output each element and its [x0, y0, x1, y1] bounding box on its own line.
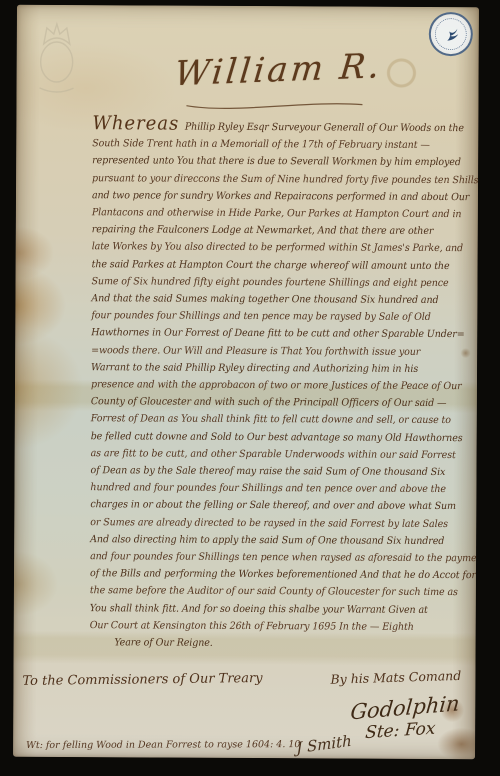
manuscript-line: You shall think fitt. And for so doeing …	[90, 600, 470, 619]
command-line: By his Mats Comand	[330, 668, 461, 687]
embossed-crest-icon	[29, 14, 84, 99]
manuscript-line: Plantacons and otherwise in Hide Parke, …	[92, 204, 472, 223]
opening-word: Whereas	[92, 117, 179, 130]
manuscript-line: South Side Trent hath in a Memoriall of …	[92, 135, 472, 154]
manuscript-line: Forrest of Dean as You shall think fitt …	[91, 411, 471, 430]
manuscript-line: And also directing him to apply the said…	[90, 531, 470, 550]
manuscript-line: Our Court at Kensington this 26th of Feb…	[90, 617, 470, 636]
treasury-address-line: To the Commissioners of Our Treary	[22, 671, 262, 689]
manuscript-line: the said Parkes at Hampton Court the cha…	[92, 256, 472, 275]
manuscript-line: Sume of Six hundred fifty eight poundes …	[91, 273, 471, 292]
signature-flourish-icon	[184, 98, 364, 113]
manuscript-line: of the Bills and performing the Workes b…	[90, 565, 470, 584]
manuscript-line: Hawthornes in Our Forrest of Deane fitt …	[91, 325, 471, 344]
manuscript-line: pursuant to your direccons the Sum of Ni…	[92, 170, 472, 189]
manuscript-line: of Dean as by the Sale thereof may raise…	[90, 462, 470, 481]
manuscript-line: hundred and four poundes four Shillings …	[90, 479, 470, 498]
manuscript-line-text: Phillip Ryley Esqr Surveyour Generall of…	[185, 122, 464, 134]
manuscript-line: =woods there. Our Will and Pleasure is T…	[91, 342, 471, 361]
manuscript-line: repairing the Faulconers Lodge at Newmar…	[92, 221, 472, 240]
manuscript-line: and two pence for sundry Workes and Repa…	[92, 187, 472, 206]
manuscript-line: County of Gloucester and with such of th…	[91, 393, 471, 412]
manuscript-line: Warrant to the said Phillip Ryley direct…	[91, 359, 471, 378]
manuscript-line: the same before the Auditor of our said …	[90, 583, 470, 602]
manuscript-line: And that the said Sumes making together …	[91, 290, 471, 309]
manuscript-line: or Sumes are already directed to be rays…	[90, 514, 470, 533]
manuscript-line: be felled cutt downe and Sold to Our bes…	[91, 428, 471, 447]
manuscript-line: late Workes by You also directed to be p…	[92, 239, 472, 258]
manuscript-line: and four poundes four Shillings ten penc…	[90, 548, 470, 567]
manuscript-line: as are fitt to be cutt, and other Sparab…	[91, 445, 471, 464]
signature-smith: J Smith	[296, 732, 352, 758]
manuscript-lines: South Side Trent hath in a Memoriall of …	[90, 135, 473, 653]
manuscript-line: presence and with the approbacon of two …	[91, 376, 471, 395]
photo-background: William R. WhereasPhillip Ryley Esqr Sur…	[0, 0, 500, 776]
signature-fox: Ste: Fox	[364, 718, 436, 743]
manuscript-line: charges in or about the felling or Sale …	[90, 497, 470, 516]
document-paper: William R. WhereasPhillip Ryley Esqr Sur…	[13, 5, 479, 759]
docket-endorsement-line: Wt: for felling Wood in Dean Forrest to …	[26, 739, 300, 751]
stamp-emblem-icon	[441, 25, 463, 45]
manuscript-line: four poundes four Shillings and ten penc…	[91, 307, 471, 326]
document-body: WhereasPhillip Ryley Esqr Surveyour Gene…	[90, 117, 473, 653]
ink-stamp-icon	[429, 12, 473, 56]
manuscript-line: WhereasPhillip Ryley Esqr Surveyour Gene…	[92, 117, 472, 137]
manuscript-line: Yeare of Our Reigne.	[114, 634, 469, 653]
manuscript-line: represented unto You that there is due t…	[92, 153, 472, 172]
royal-signature: William R.	[173, 46, 385, 94]
